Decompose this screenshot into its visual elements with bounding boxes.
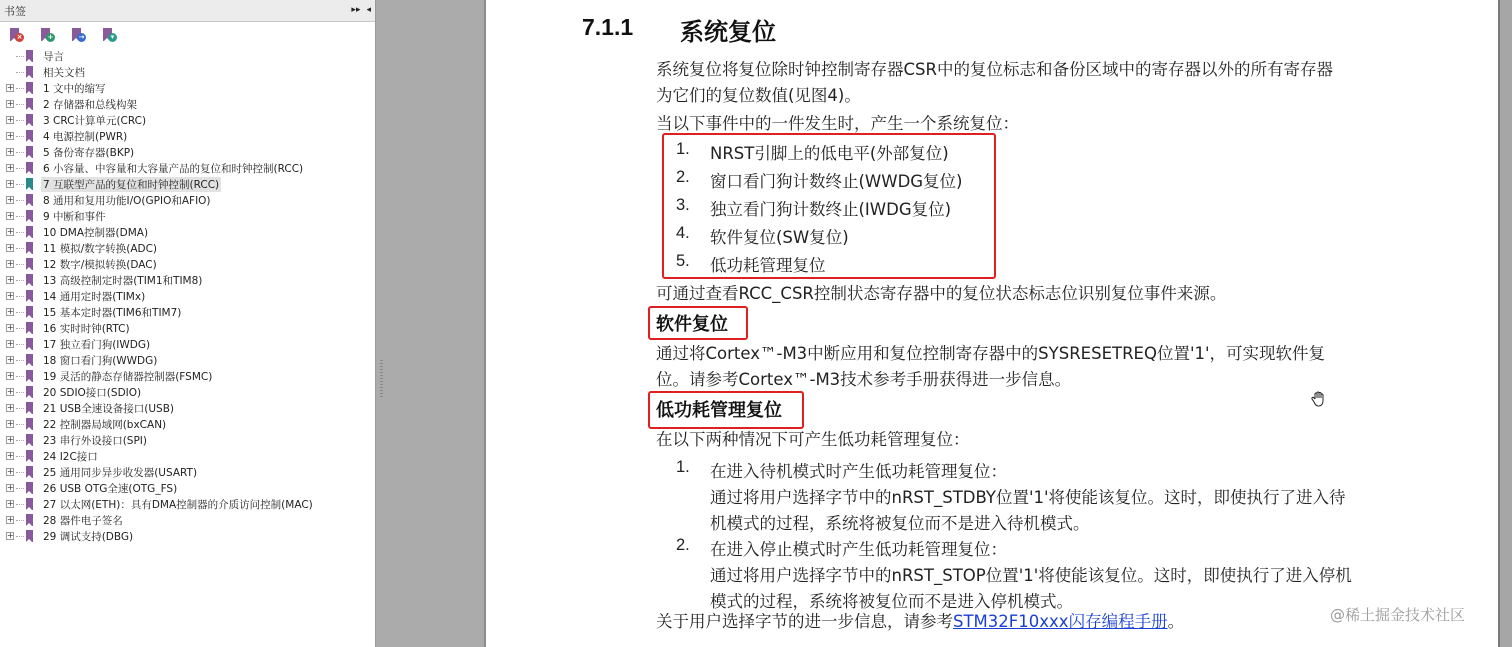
bookmark-icon [26,82,33,94]
expand-icon[interactable]: + [6,500,14,508]
bookmark-icon [26,50,33,62]
tree-connector [16,328,24,329]
expand-icon[interactable]: + [6,308,14,316]
bookmark-label: 9 中断和事件 [41,209,108,224]
expand-icon[interactable]: + [6,532,14,540]
bookmark-icon [26,162,33,174]
software-reset-line-2: 位。请参考Cortex™-M3技术参考手册获得进一步信息。 [656,366,1071,394]
go-to-bookmark-button[interactable]: → [70,27,86,43]
bookmark-icon [26,194,33,206]
low-power-item-line1: 通过将用户选择字节中的nRST_STDBY位置'1'将使能该复位。这时，即使执行… [710,484,1346,508]
tree-connector [16,72,24,73]
bookmarks-panel-header: 书签 ▸▸ ◂ [0,0,375,22]
add-bookmark-button[interactable]: + [39,27,55,43]
viewer-right-edge [1498,0,1512,647]
bookmark-label: 20 SDIO接口(SDIO) [41,385,143,400]
bookmark-label: 29 调试支持(DBG) [41,529,135,544]
bookmark-item[interactable]: +19 灵活的静态存储器控制器(FSMC) [6,368,375,384]
software-reset-heading: 软件复位 [656,310,728,336]
reset-source-text: NRST引脚上的低电平(外部复位) [710,140,949,164]
expand-icon[interactable]: + [6,164,14,172]
panel-splitter-handle[interactable] [380,358,383,398]
bookmark-item[interactable]: +5 备份寄存器(BKP) [6,144,375,160]
bookmark-label: 5 备份寄存器(BKP) [41,145,136,160]
bookmark-item[interactable]: 导言 [6,48,375,64]
tree-connector [16,120,24,121]
footer-prefix: 关于用户选择字节的进一步信息，请参考 [656,612,953,631]
arrow-right-icon: → [77,33,86,42]
bookmark-label: 3 CRC计算单元(CRC) [41,113,148,128]
tree-connector [16,248,24,249]
tree-connector [16,408,24,409]
tree-connector [16,456,24,457]
expand-icon[interactable]: + [6,516,14,524]
expand-icon[interactable]: + [6,212,14,220]
expand-icon[interactable]: + [6,228,14,236]
footer-suffix: 。 [1168,612,1185,631]
bookmark-label: 21 USB全速设备接口(USB) [41,401,176,416]
expand-icon[interactable]: + [6,100,14,108]
intro-line-1: 系统复位将复位除时钟控制寄存器CSR中的复位标志和备份区域中的寄存器以外的所有寄… [656,56,1333,84]
bookmark-label: 12 数字/模拟转换(DAC) [41,257,159,272]
bookmark-icon [26,178,33,190]
tree-connector [16,88,24,89]
tree-connector [16,280,24,281]
bookmark-icon [26,370,33,382]
tree-connector [16,264,24,265]
reset-source-text: 窗口看门狗计数终止(WWDG复位) [710,168,963,192]
bookmark-label: 19 灵活的静态存储器控制器(FSMC) [41,369,214,384]
bookmark-label: 13 高级控制定时器(TIM1和TIM8) [41,273,204,288]
bookmark-label: 17 独立看门狗(IWDG) [41,337,152,352]
bookmark-label: 11 模拟/数字转换(ADC) [41,241,159,256]
reset-source-number: 4. [676,224,690,243]
expand-icon[interactable]: + [6,404,14,412]
delete-bookmark-button[interactable]: × [8,27,24,43]
reset-source-number: 1. [676,140,690,159]
bookmark-item[interactable]: 相关文档 [6,64,375,80]
bookmark-icon [26,258,33,270]
footer-reference: 关于用户选择字节的进一步信息，请参考STM32F10xxx闪存编程手册。 [656,608,1184,636]
expand-icon[interactable]: + [6,484,14,492]
bookmark-item[interactable]: +3 CRC计算单元(CRC) [6,112,375,128]
bookmark-item[interactable]: +7 互联型产品的复位和时钟控制(RCC) [6,176,375,192]
tree-connector [16,488,24,489]
tree-connector [16,152,24,153]
expand-icon[interactable]: + [6,180,14,188]
bookmarks-toolbar: × + → ▾ [0,22,375,48]
low-power-item-title: 在进入停止模式时产生低功耗管理复位： [710,536,1007,560]
document-page: 7.1.1 系统复位 系统复位将复位除时钟控制寄存器CSR中的复位标志和备份区域… [484,0,1498,647]
watermark: @稀土掘金技术社区 [1330,604,1465,625]
expand-icon[interactable]: + [6,436,14,444]
bookmark-item[interactable]: +29 调试支持(DBG) [6,528,375,544]
bookmark-icon [26,226,33,238]
tree-connector [16,104,24,105]
expand-icon[interactable]: + [6,196,14,204]
expand-icon[interactable]: + [6,148,14,156]
bookmark-item[interactable]: +16 实时时钟(RTC) [6,320,375,336]
flash-manual-link[interactable]: STM32F10xxx闪存编程手册 [953,612,1168,631]
tree-connector [16,536,24,537]
bookmark-icon [26,514,33,526]
reset-source-number: 3. [676,196,690,215]
expand-icon[interactable]: + [6,420,14,428]
panel-title: 书签 [4,3,26,19]
expand-icon[interactable]: + [6,116,14,124]
low-power-reset-intro: 在以下两种情况下可产生低功耗管理复位： [656,426,970,454]
bookmark-item[interactable]: +15 基本定时器(TIM6和TIM7) [6,304,375,320]
low-power-reset-heading: 低功耗管理复位 [656,396,782,422]
intro-line-2: 为它们的复位数值(见图4)。 [656,82,861,110]
bookmark-label: 23 串行外设接口(SPI) [41,433,149,448]
add-icon: + [46,33,55,42]
bookmark-item[interactable]: +22 控制器局域网(bxCAN) [6,416,375,432]
tree-connector [16,200,24,201]
expand-icon[interactable]: + [6,244,14,252]
expand-bookmark-button[interactable]: ▾ [101,27,117,43]
chevron-down-icon: ▾ [108,33,117,42]
bookmark-item[interactable]: +23 串行外设接口(SPI) [6,432,375,448]
bookmark-item[interactable]: +13 高级控制定时器(TIM1和TIM8) [6,272,375,288]
tree-connector [16,392,24,393]
bookmark-item[interactable]: +9 中断和事件 [6,208,375,224]
expand-icon[interactable]: + [6,468,14,476]
bookmark-icon [26,466,33,478]
tree-connector [16,136,24,137]
bookmark-item[interactable]: +24 I2C接口 [6,448,375,464]
tree-connector [16,376,24,377]
bookmark-tree: 导言相关文档+1 文中的缩写+2 存储器和总线构架+3 CRC计算单元(CRC)… [0,48,375,544]
bookmark-label: 22 控制器局域网(bxCAN) [41,417,168,432]
bookmark-label: 导言 [41,49,66,64]
tree-connector [16,296,24,297]
bookmarks-panel: 书签 ▸▸ ◂ × + → ▾ 导言相关文档+1 文中的缩写+2 存储器和总线构… [0,0,376,647]
bookmark-item[interactable]: +28 器件电子签名 [6,512,375,528]
tree-connector [16,184,24,185]
bookmark-label: 2 存储器和总线构架 [41,97,139,112]
bookmark-icon [26,354,33,366]
bookmark-item[interactable]: +18 窗口看门狗(WWDG) [6,352,375,368]
bookmark-icon [26,530,33,542]
options-menu-button[interactable]: ▸▸ [351,6,360,15]
expand-icon[interactable]: + [6,260,14,268]
bookmark-item[interactable]: +17 独立看门狗(IWDG) [6,336,375,352]
tree-connector [16,520,24,521]
expand-icon[interactable]: + [6,292,14,300]
tree-connector [16,360,24,361]
bookmark-icon [26,242,33,254]
bookmark-icon [26,306,33,318]
expand-icon[interactable]: + [6,388,14,396]
bookmark-label: 1 文中的缩写 [41,81,108,96]
bookmark-item[interactable]: +1 文中的缩写 [6,80,375,96]
expand-icon[interactable]: + [6,372,14,380]
software-reset-line-1: 通过将Cortex™-M3中断应用和复位控制寄存器中的SYSRESETREQ位置… [656,340,1325,368]
bookmark-icon [26,322,33,334]
csr-note: 可通过查看RCC_CSR控制状态寄存器中的复位状态标志位识别复位事件来源。 [656,280,1226,308]
bookmark-icon [26,402,33,414]
bookmark-label: 28 器件电子签名 [41,513,125,528]
low-power-item-number: 2. [676,536,690,555]
bookmark-item[interactable]: +26 USB OTG全速(OTG_FS) [6,480,375,496]
low-power-item-number: 1. [676,458,690,477]
reset-source-number: 5. [676,252,690,271]
bookmark-label: 24 I2C接口 [41,449,100,464]
bookmark-item[interactable]: +14 通用定时器(TIMx) [6,288,375,304]
bookmark-label: 10 DMA控制器(DMA) [41,225,150,240]
bookmark-label: 6 小容量、中容量和大容量产品的复位和时钟控制(RCC) [41,161,305,176]
bookmark-icon [26,450,33,462]
expand-icon[interactable]: + [6,84,14,92]
tree-connector [16,232,24,233]
tree-connector [16,344,24,345]
bookmark-label: 14 通用定时器(TIMx) [41,289,147,304]
low-power-item-line2: 机模式的过程，系统将被复位而不是进入待机模式。 [710,510,1090,534]
bookmark-label: 27 以太网(ETH)：具有DMA控制器的介质访问控制(MAC) [41,497,315,512]
bookmark-icon [26,482,33,494]
reset-source-text: 独立看门狗计数终止(IWDG复位) [710,196,951,220]
low-power-item-title: 在进入待机模式时产生低功耗管理复位： [710,458,1007,482]
tree-connector [16,168,24,169]
section-title: 系统复位 [680,12,776,47]
bookmark-item[interactable]: +4 电源控制(PWR) [6,128,375,144]
bookmark-item[interactable]: +10 DMA控制器(DMA) [6,224,375,240]
bookmark-icon [26,98,33,110]
tree-connector [16,216,24,217]
bookmark-icon [26,130,33,142]
bookmark-label: 相关文档 [41,65,87,80]
bookmark-icon [26,66,33,78]
bookmark-item[interactable]: +2 存储器和总线构架 [6,96,375,112]
bookmark-icon [26,114,33,126]
bookmark-item[interactable]: +25 通用同步异步收发器(USART) [6,464,375,480]
tree-connector [16,56,24,57]
expand-icon[interactable]: + [6,452,14,460]
collapse-panel-button[interactable]: ◂ [366,6,371,15]
expand-icon[interactable]: + [6,356,14,364]
bookmark-icon [26,338,33,350]
tree-connector [16,472,24,473]
bookmark-item[interactable]: +21 USB全速设备接口(USB) [6,400,375,416]
bookmark-icon [26,418,33,430]
bookmark-icon [26,386,33,398]
tree-connector [16,440,24,441]
bookmark-item[interactable]: +8 通用和复用功能I/O(GPIO和AFIO) [6,192,375,208]
section-number: 7.1.1 [582,14,633,41]
bookmark-item[interactable]: +12 数字/模拟转换(DAC) [6,256,375,272]
bookmark-label: 26 USB OTG全速(OTG_FS) [41,481,179,496]
low-power-item-line1: 通过将用户选择字节中的nRST_STOP位置'1'将使能该复位。这时，即使执行了… [710,562,1352,586]
expand-icon[interactable]: + [6,340,14,348]
bookmark-item[interactable]: +27 以太网(ETH)：具有DMA控制器的介质访问控制(MAC) [6,496,375,512]
bookmark-icon [26,274,33,286]
delete-icon: × [15,33,24,42]
expand-icon[interactable]: + [6,276,14,284]
bookmark-label: 25 通用同步异步收发器(USART) [41,465,199,480]
expand-icon[interactable]: + [6,132,14,140]
reset-source-number: 2. [676,168,690,187]
bookmark-label: 15 基本定时器(TIM6和TIM7) [41,305,183,320]
tree-connector [16,504,24,505]
bookmark-item[interactable]: +20 SDIO接口(SDIO) [6,384,375,400]
expand-icon[interactable]: + [6,324,14,332]
bookmark-item[interactable]: +11 模拟/数字转换(ADC) [6,240,375,256]
bookmark-icon [26,498,33,510]
reset-source-text: 低功耗管理复位 [710,252,826,276]
bookmark-label: 7 互联型产品的复位和时钟控制(RCC) [41,177,221,192]
bookmark-label: 16 实时时钟(RTC) [41,321,132,336]
bookmark-label: 18 窗口看门狗(WWDG) [41,353,159,368]
bookmark-icon [26,210,33,222]
bookmark-icon [26,146,33,158]
tree-connector [16,312,24,313]
bookmark-icon [26,290,33,302]
bookmark-label: 4 电源控制(PWR) [41,129,129,144]
reset-source-text: 软件复位(SW复位) [710,224,849,248]
bookmark-item[interactable]: +6 小容量、中容量和大容量产品的复位和时钟控制(RCC) [6,160,375,176]
tree-connector [16,424,24,425]
bookmark-label: 8 通用和复用功能I/O(GPIO和AFIO) [41,193,213,208]
hand-cursor-icon [1310,390,1330,410]
bookmark-icon [26,434,33,446]
